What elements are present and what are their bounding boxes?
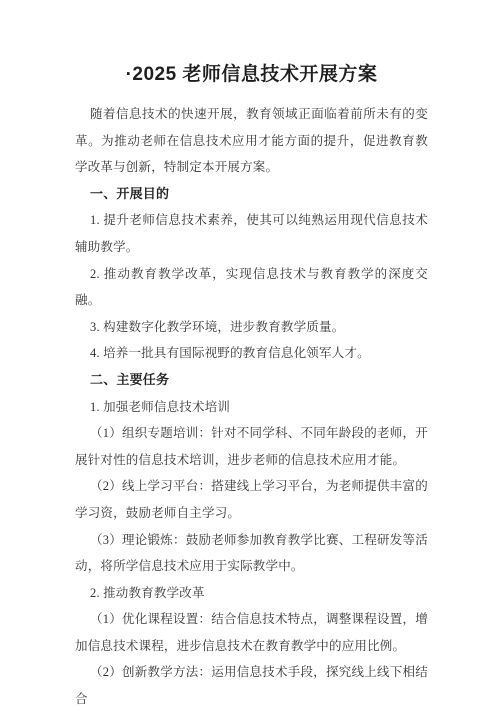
intro-paragraph: 随着信息技术的快速开展，教育领域正面临着前所未有的变革。为推动老师在信息技术应用… [75,101,428,181]
task-group-1-title: 1. 加强老师信息技术培训 [75,394,428,421]
purpose-item-1: 1. 提升老师信息技术素养，使其可以纯熟运用现代信息技术辅助教学。 [75,207,428,260]
document-page: ·2025 老师信息技术开展方案 随着信息技术的快速开展，教育领域正面临着前所未… [0,0,500,707]
section-heading-purpose: 一、开展目的 [75,181,428,208]
task-1-item-1: （1）组织专题培训：针对不同学科、不同年龄段的老师，开展针对性的信息技术培训，进… [75,420,428,473]
purpose-item-4: 4. 培养一批具有国际视野的教育信息化领军人才。 [75,340,428,367]
task-1-item-3: （3）理论锻炼：鼓励老师参加教育教学比赛、工程研发等活动，将所学信息技术应用于实… [75,527,428,580]
task-1-item-2: （2）线上学习平台：搭建线上学习平台，为老师提供丰富的学习资，鼓励老师自主学习。 [75,473,428,526]
task-2-item-2: （2）创新教学方法：运用信息技术手段，探究线上线下相结合 [75,659,428,707]
task-2-item-1: （1）优化课程设置：结合信息技术特点，调整课程设置，增加信息技术课程，进步信息技… [75,606,428,659]
task-group-2-title: 2. 推动教育教学改革 [75,580,428,607]
section-heading-tasks: 二、主要任务 [75,367,428,394]
purpose-item-2: 2. 推动教育教学改革，实现信息技术与教育教学的深度交融。 [75,261,428,314]
document-title: ·2025 老师信息技术开展方案 [75,62,428,88]
purpose-item-3: 3. 构建数字化教学环境，进步教育教学质量。 [75,314,428,341]
